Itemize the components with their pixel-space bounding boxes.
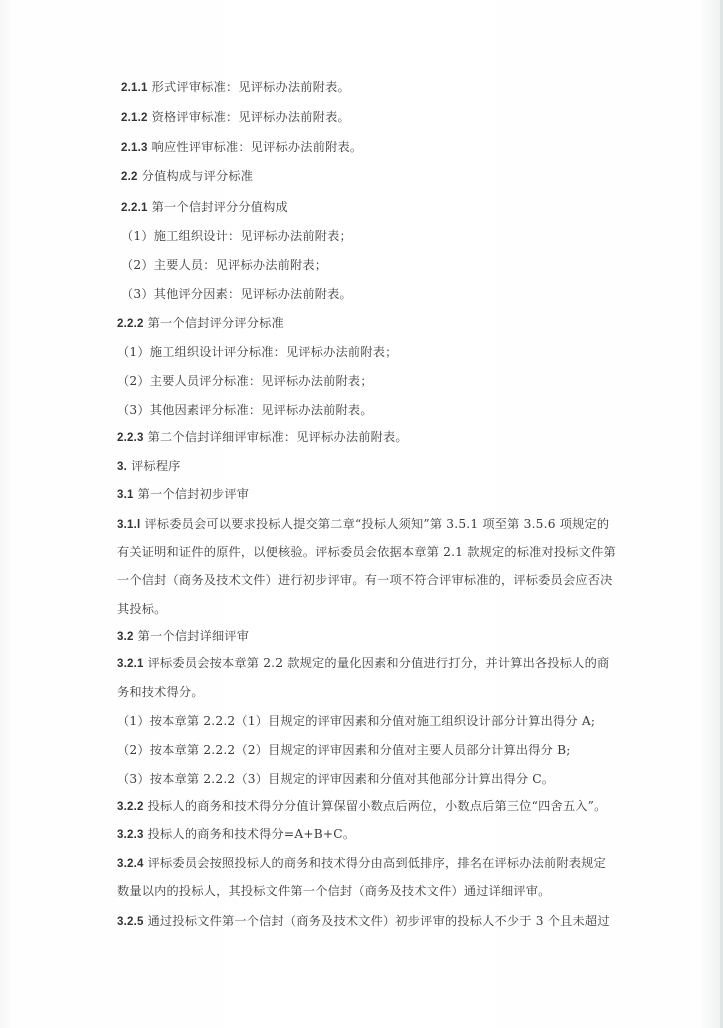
clause-3-2-4: 3.2.4 评标委员会按照投标人的商务和技术得分由高到低排序，排名在评标办法前附… [117, 855, 606, 872]
clause-text: 第一个信封评分评分标准 [144, 316, 284, 330]
clause-text: （1）施工组织设计：见评标办法前附表； [121, 229, 352, 243]
clause-text: 数量以内的投标人，其投标文件第一个信封（商务及技术文件）通过详细评审。 [117, 884, 551, 898]
clause-number: 2.2.1 [121, 202, 148, 214]
clause-text: 第一个信封初步评审 [134, 487, 250, 501]
clause-number: 2.1.3 [121, 142, 148, 154]
clause-number: 3.2.1 [117, 658, 144, 670]
section-3-1-heading: 3.1 第一个信封初步评审 [117, 486, 249, 503]
clause-text: 评标委员会按本章第 2.2 款规定的量化因素和分值进行打分，并计算出各投标人的商 [144, 656, 610, 670]
clause-text: （1）施工组织设计评分标准：见评标办法前附表； [117, 345, 397, 359]
clause-number: 2.2.2 [117, 318, 144, 330]
clause-text: 分值构成与评分标准 [138, 169, 254, 183]
clause-text: 投标人的商务和技术得分分值计算保留小数点后两位，小数点后第三位“四舍五入”。 [144, 799, 607, 813]
paragraph-line: 务和技术得分。 [117, 684, 204, 701]
section-2-2-heading: 2.2 分值构成与评分标准 [121, 168, 253, 185]
clause-2-2-2: 2.2.2 第一个信封评分评分标准 [117, 315, 284, 332]
list-item: （2）主要人员：见评标办法前附表； [121, 257, 327, 274]
clause-2-2-3: 2.2.3 第二个信封详细评审标准：见评标办法前附表。 [117, 429, 408, 446]
section-3-heading: 3. 评标程序 [117, 458, 181, 475]
list-item: （1）按本章第 2.2.2（1）目规定的评审因素和分值对施工组织设计部分计算出得… [117, 713, 595, 730]
list-item: （3）其他因素评分标准：见评标办法前附表。 [117, 402, 373, 419]
clause-3-2-1: 3.2.1 评标委员会按本章第 2.2 款规定的量化因素和分值进行打分，并计算出… [117, 655, 609, 672]
clause-number: 3.2.3 [117, 829, 144, 841]
clause-text: （1）按本章第 2.2.2（1）目规定的评审因素和分值对施工组织设计部分计算出得… [117, 714, 595, 728]
clause-text: （2）主要人员评分标准：见评标办法前附表； [117, 374, 373, 388]
clause-text: 有关证明和证件的原件，以便核验。评标委员会依据本章第 2.1 款规定的标准对投标… [117, 545, 616, 559]
clause-text: （2）主要人员：见评标办法前附表； [121, 258, 327, 272]
section-3-2-heading: 3.2 第一个信封详细评审 [117, 628, 249, 645]
paragraph-line: 其投标。 [117, 601, 167, 618]
list-item: （2）主要人员评分标准：见评标办法前附表； [117, 373, 373, 390]
clause-text: 资格评审标准：见评标办法前附表。 [148, 110, 350, 124]
clause-number: 2.1.1 [121, 82, 148, 94]
clause-number: 3. [117, 461, 127, 473]
clause-3-2-2: 3.2.2 投标人的商务和技术得分分值计算保留小数点后两位，小数点后第三位“四舍… [117, 798, 606, 815]
clause-number: 2.2 [121, 171, 138, 183]
clause-text: 评标委员会可以要求投标人提交第二章“投标人须知”第 3.5.1 项至第 3.5.… [140, 517, 609, 531]
clause-text: 务和技术得分。 [117, 685, 204, 699]
clause-number: 3.2 [117, 631, 134, 643]
clause-number: 3.2.5 [117, 916, 144, 928]
clause-number: 3.1.l [117, 519, 140, 531]
clause-number: 3.2.4 [117, 858, 144, 870]
clause-text: 通过投标文件第一个信封（商务及技术文件）初步评审的投标人不少于 3 个且未超过 [144, 914, 610, 928]
paragraph-line: 一个信封（商务及技术文件）进行初步评审。有一项不符合评审标准的，评标委员会应否决 [117, 572, 613, 589]
clause-3-2-5: 3.2.5 通过投标文件第一个信封（商务及技术文件）初步评审的投标人不少于 3 … [117, 913, 610, 930]
clause-text: 第二个信封详细评审标准：见评标办法前附表。 [144, 430, 408, 444]
clause-text: 第一个信封详细评审 [134, 629, 250, 643]
list-item: （3）其他评分因素：见评标办法前附表。 [121, 286, 352, 303]
clause-2-2-1: 2.2.1 第一个信封评分分值构成 [121, 199, 288, 216]
list-item: （2）按本章第 2.2.2（2）目规定的评审因素和分值对主要人员部分计算出得分 … [117, 742, 571, 759]
list-item: （1）施工组织设计：见评标办法前附表； [121, 228, 352, 245]
clause-text: 第一个信封评分分值构成 [148, 200, 288, 214]
clause-2-1-2: 2.1.2 资格评审标准：见评标办法前附表。 [121, 109, 350, 126]
clause-number: 2.1.2 [121, 112, 148, 124]
clause-text: 投标人的商务和技术得分=A+B+C。 [144, 827, 356, 841]
clause-number: 2.2.3 [117, 432, 144, 444]
list-item: （3）按本章第 2.2.2（3）目规定的评审因素和分值对其他部分计算出得分 C。 [117, 771, 554, 788]
clause-2-1-1: 2.1.1 形式评审标准：见评标办法前附表。 [121, 79, 350, 96]
clause-text: 形式评审标准：见评标办法前附表。 [148, 80, 350, 94]
clause-3-1-1: 3.1.l 评标委员会可以要求投标人提交第二章“投标人须知”第 3.5.1 项至… [117, 516, 609, 533]
paragraph-line: 有关证明和证件的原件，以便核验。评标委员会依据本章第 2.1 款规定的标准对投标… [117, 544, 616, 561]
clause-text: 评标委员会按照投标人的商务和技术得分由高到低排序，排名在评标办法前附表规定 [144, 856, 606, 870]
clause-text: 响应性评审标准：见评标办法前附表。 [148, 140, 363, 154]
clause-text: （3）其他因素评分标准：见评标办法前附表。 [117, 403, 373, 417]
clause-text: 一个信封（商务及技术文件）进行初步评审。有一项不符合评审标准的，评标委员会应否决 [117, 573, 613, 587]
clause-2-1-3: 2.1.3 响应性评审标准：见评标办法前附表。 [121, 139, 362, 156]
paragraph-line: 数量以内的投标人，其投标文件第一个信封（商务及技术文件）通过详细评审。 [117, 883, 551, 900]
clause-number: 3.2.2 [117, 801, 144, 813]
list-item: （1）施工组织设计评分标准：见评标办法前附表； [117, 344, 397, 361]
clause-text: （3）其他评分因素：见评标办法前附表。 [121, 287, 352, 301]
clause-text: 评标程序 [127, 459, 181, 473]
clause-text: （3）按本章第 2.2.2（3）目规定的评审因素和分值对其他部分计算出得分 C。 [117, 772, 554, 786]
clause-number: 3.1 [117, 489, 134, 501]
clause-text: （2）按本章第 2.2.2（2）目规定的评审因素和分值对主要人员部分计算出得分 … [117, 743, 571, 757]
clause-text: 其投标。 [117, 602, 167, 616]
clause-3-2-3: 3.2.3 投标人的商务和技术得分=A+B+C。 [117, 826, 355, 843]
